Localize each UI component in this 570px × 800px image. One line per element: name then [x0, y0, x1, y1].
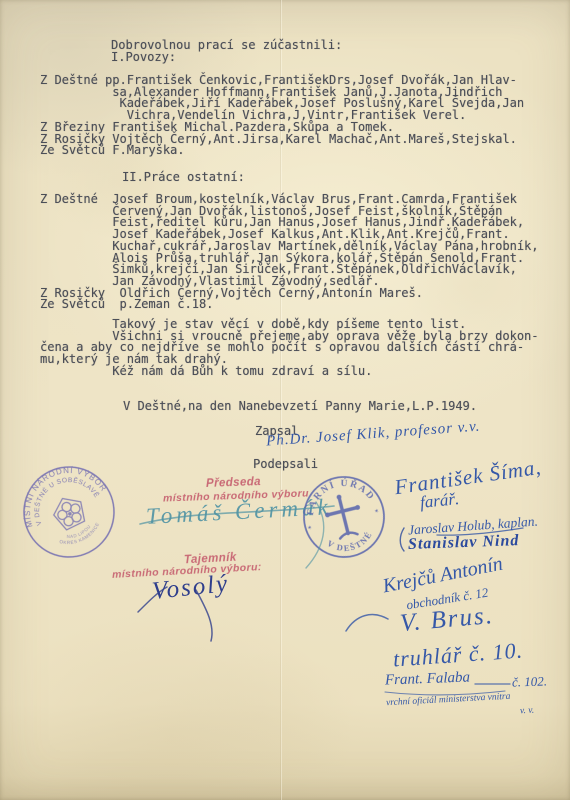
- farni-stamp-star-left: ✶: [307, 523, 314, 532]
- farni-stamp-star-right: ✶: [374, 506, 381, 515]
- prace-paragraph: Z Deštné Josef Broum,kostelník,Václav Br…: [40, 194, 539, 311]
- cross-icon: [321, 490, 366, 540]
- falaba-signature: Frant. Falaba: [385, 670, 471, 690]
- brus-swash-stroke: [346, 615, 388, 631]
- prace-heading: II.Práce ostatní:: [122, 172, 245, 184]
- povozy-paragraph: Z Deštné pp.František Čenkovic,František…: [40, 75, 524, 157]
- mnv-round-stamp: MÍSTNÍ NÁRODNÍ VÝBOR V DEŠTNÉ U SOBĚSLAV…: [0, 442, 139, 581]
- scanned-document-page: Dobrovolnou prací se zúčastnili: I.Povoz…: [0, 0, 570, 800]
- paper-blotch: [150, 650, 370, 780]
- date-line: V Deštné,na den Nanebevzetí Panny Marie,…: [123, 401, 477, 413]
- closing-paragraph: Takový je stav věcí v době,kdy píšeme te…: [40, 319, 539, 378]
- linden-flower-emblem-icon: [49, 492, 89, 532]
- intro-subheading: I.Povozy:: [111, 52, 176, 64]
- nind-bracket-stroke: [400, 528, 404, 551]
- falaba-number: č. 102.: [512, 673, 548, 690]
- brus-title: truhlář č. 10.: [392, 637, 524, 672]
- podepsali-label: Podepsali: [253, 459, 318, 471]
- sima-title: farář.: [419, 489, 460, 513]
- nind-signature: Stanislav Nind: [408, 532, 520, 554]
- official-line: vrchní oficiál ministerstva vnitra: [386, 692, 511, 708]
- sima-signature: František Šíma,: [393, 455, 543, 500]
- farni-urad-round-stamp: FARNÍ ÚŘAD V DEŠTNÉ ✶ ✶: [288, 461, 400, 573]
- official-suffix: v. v.: [520, 706, 535, 717]
- predseda-stamp-line1: Předseda: [206, 476, 261, 490]
